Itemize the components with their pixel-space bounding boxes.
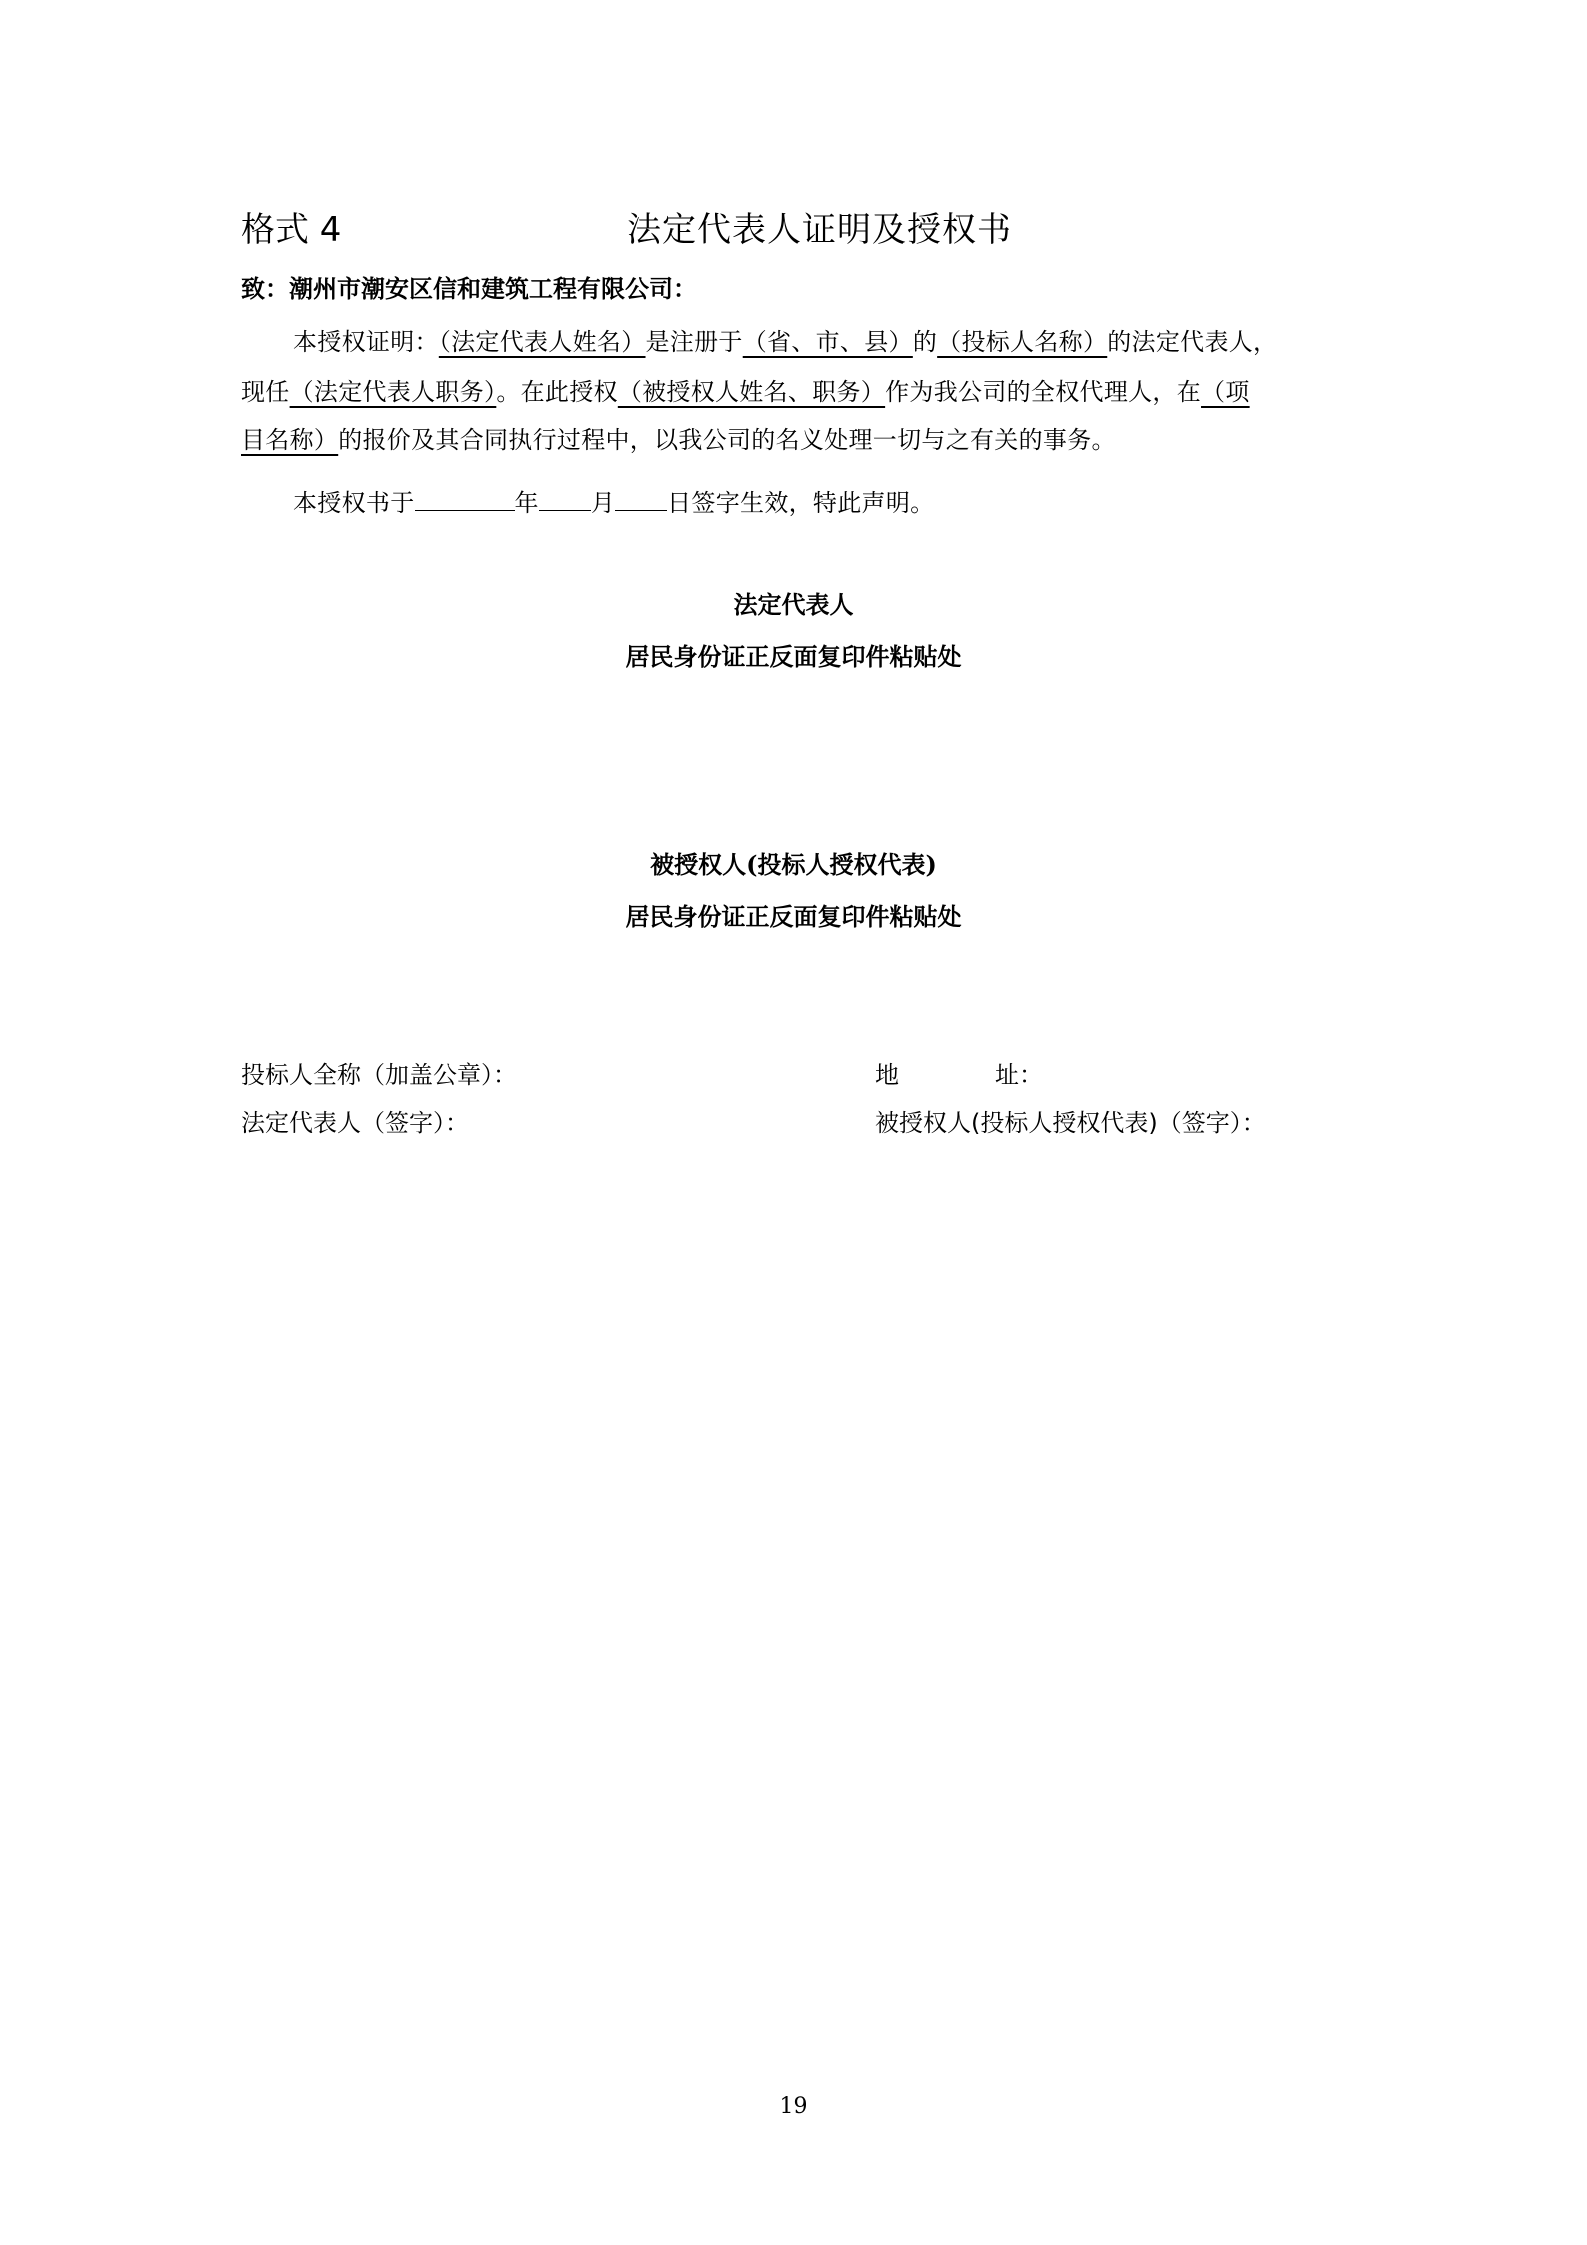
format-label: 格式 4: [241, 208, 341, 252]
text: 作为我公司的全权代理人，在: [885, 378, 1201, 406]
authorization-paragraph-line-3: 目名称）的报价及其合同执行过程中，以我公司的名义处理一切与之有关的事务。: [241, 423, 1116, 457]
document-page: 格式 4 法定代表人证明及授权书 致：潮州市潮安区信和建筑工程有限公司： 本授权…: [0, 0, 1587, 2245]
text: 的法定代表人，: [1107, 328, 1277, 356]
authorized-signature-label: 被授权人(投标人授权代表)（签字）：: [875, 1106, 1266, 1140]
addressee: 致：潮州市潮安区信和建筑工程有限公司：: [241, 272, 697, 306]
text: 是注册于: [646, 328, 743, 356]
month-blank-field[interactable]: [539, 484, 591, 511]
page-number: 19: [0, 2092, 1587, 2122]
text: 本授权书于: [293, 489, 415, 517]
day-blank-field[interactable]: [615, 484, 667, 511]
text: 本授权证明：: [293, 328, 439, 356]
effective-date-line: 本授权书于年月日签字生效，特此声明。: [293, 484, 934, 520]
year-blank-field[interactable]: [415, 484, 515, 511]
legal-rep-id-paste-subtitle: 居民身份证正反面复印件粘贴处: [0, 640, 1587, 674]
month-label: 月: [591, 489, 615, 517]
legal-rep-id-paste-title: 法定代表人: [0, 588, 1587, 622]
bidder-name-field[interactable]: （投标人名称）: [937, 328, 1107, 356]
authorization-paragraph-line-1: 本授权证明：（法定代表人姓名）是注册于（省、市、县）的（投标人名称）的法定代表人…: [293, 325, 1277, 359]
year-label: 年: [515, 489, 539, 517]
text: 现任: [241, 378, 290, 406]
text: 的报价及其合同执行过程中，以我公司的名义处理一切与之有关的事务。: [338, 426, 1116, 454]
document-title: 法定代表人证明及授权书: [627, 208, 1012, 252]
legal-rep-position-field[interactable]: （法定代表人职务）: [290, 378, 497, 406]
authorization-paragraph-line-2: 现任（法定代表人职务）。在此授权（被授权人姓名、职务）作为我公司的全权代理人，在…: [241, 375, 1250, 409]
bidder-full-name-label: 投标人全称（加盖公章）：: [241, 1058, 517, 1092]
address-label-part1: 地: [875, 1061, 899, 1089]
text: 日签字生效，特此声明。: [667, 489, 934, 517]
registration-region-field[interactable]: （省、市、县）: [743, 328, 913, 356]
legal-rep-signature-label: 法定代表人（签字）：: [241, 1106, 469, 1140]
authorized-id-paste-subtitle: 居民身份证正反面复印件粘贴处: [0, 900, 1587, 934]
text: 的: [913, 328, 937, 356]
address-label: 地址：: [875, 1058, 1043, 1092]
legal-rep-name-field[interactable]: （法定代表人姓名）: [439, 328, 646, 356]
project-name-field-continued[interactable]: 目名称）: [241, 426, 338, 454]
authorized-id-paste-title: 被授权人(投标人授权代表): [0, 848, 1587, 882]
authorized-person-field[interactable]: （被授权人姓名、职务）: [618, 378, 885, 406]
project-name-field[interactable]: （项: [1201, 378, 1250, 406]
address-label-part2: 址：: [995, 1061, 1043, 1089]
text: 。在此授权: [496, 378, 618, 406]
